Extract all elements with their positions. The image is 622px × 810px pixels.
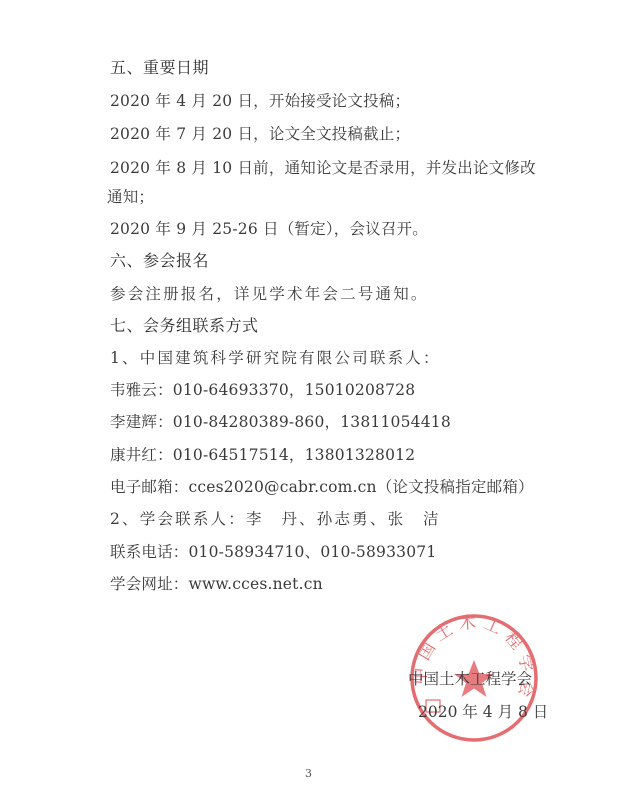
date-line: 2020 年 4 月 20 日，开始接受论文投稿；: [110, 91, 410, 111]
document-page: 五、重要日期 2020 年 4 月 20 日，开始接受论文投稿； 2020 年 …: [0, 0, 622, 810]
section-heading-registration: 六、参会报名: [110, 251, 209, 271]
date-line: 2020 年 9 月 25-26 日（暂定），会议召开。: [110, 219, 428, 239]
page-number: 3: [305, 767, 312, 780]
website-line: 学会网址：www.cces.net.cn: [110, 574, 323, 594]
date-line-continued: 通知；: [107, 187, 154, 207]
contact-person-line: 李建辉：010-84280389-860，13811054418: [110, 412, 451, 432]
contact-email-line: 电子邮箱：cces2020@cabr.com.cn（论文投稿指定邮箱）: [110, 477, 534, 497]
date-line: 2020 年 7 月 20 日，论文全文投稿截止；: [110, 124, 410, 144]
date-line: 2020 年 8 月 10 日前，通知论文是否录用，并发出论文修改: [110, 158, 536, 178]
contact-org-line: 1、中国建筑科学研究院有限公司联系人：: [110, 348, 441, 368]
signature-organization: 中国土木工程学会: [408, 669, 532, 689]
contact-phone-line: 联系电话：010-58934710、010-58933071: [110, 542, 436, 562]
section-heading-important-dates: 五、重要日期: [110, 58, 209, 78]
registration-line: 参会注册报名，详见学术年会二号通知。: [110, 284, 429, 304]
signature-date: 2020 年 4 月 8 日: [418, 702, 548, 722]
contact-person-line: 康井红：010-64517514，13801328012: [110, 445, 415, 465]
contact-person-line: 韦雅云：010-64693370，15010208728: [110, 380, 415, 400]
society-contact-line: 2、学会联系人：李 丹、孙志勇、张 洁: [110, 509, 441, 529]
section-heading-contact: 七、会务组联系方式: [110, 316, 259, 336]
seal-text: 中国土木工程学会: [410, 613, 538, 705]
